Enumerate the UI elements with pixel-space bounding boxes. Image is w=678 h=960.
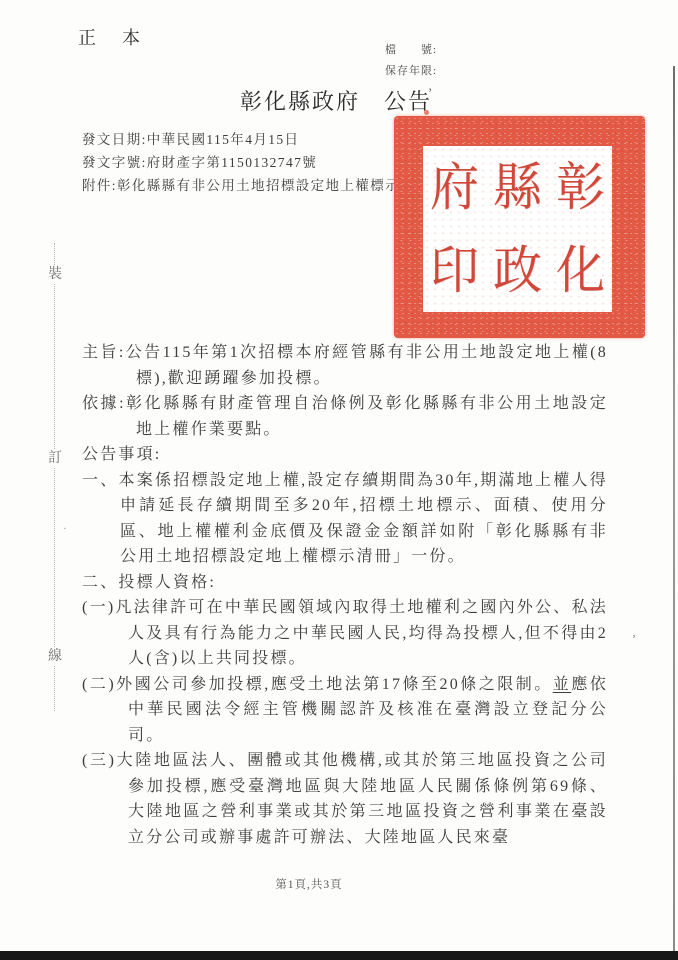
scan-noise-tick: ʼ — [632, 632, 636, 647]
qualification-sub-item-2: (二)外國公司參加投標,應受土地法第17條至20條之限制。並應依中華民國法令經主… — [82, 672, 608, 749]
seal-glyph: 彰 — [549, 144, 612, 232]
scan-noise-tick: ʼ — [428, 85, 432, 101]
announcement-heading: 公告事項: — [82, 442, 608, 468]
basis-label: 依據: — [82, 395, 126, 412]
scan-bottom-edge — [0, 951, 678, 960]
sub-item-1-text: 凡法律許可在中華民國領域內取得土地權利之國內外公、私法人及具有行為能力之中華民國… — [115, 599, 608, 667]
official-seal-face: 府 縣 彰 印 政 化 — [423, 146, 612, 312]
binding-mark-xian: 線 — [45, 648, 65, 666]
basis-text: 彰化縣縣有財產管理自治條例及彰化縣縣有非公用土地設定地上權作業要點。 — [126, 395, 608, 438]
binding-dotted-line — [54, 243, 55, 711]
seal-glyph: 府 — [423, 144, 486, 232]
announcement-item-1: 一、本案係招標設定地上權,設定存續期間為30年,期滿地上權人得申請延長存續期間至… — [82, 468, 608, 570]
subject-paragraph: 主旨:公告115年第1次招標本府經管縣有非公用土地設定地上權(8標),歡迎踴躍參… — [82, 340, 608, 391]
qualification-sub-item-3: (三)大陸地區法人、團體或其他機構,或其於第三地區投資之公司參加投標,應受臺灣地… — [82, 748, 608, 850]
seal-glyph: 印 — [423, 227, 486, 315]
qualification-sub-item-1: (一)凡法律許可在中華民國領域內取得土地權利之國內外公、私法人及具有行為能力之中… — [82, 595, 608, 672]
sub-item-2-text: 外國公司參加投標,應受土地法第17條至20條之限制。 — [116, 676, 553, 693]
document-body: 主旨:公告115年第1次招標本府經管縣有非公用土地設定地上權(8標),歡迎踴躍參… — [82, 340, 608, 850]
item-1-label: 一、 — [82, 472, 119, 489]
announcement-item-2: 二、投標人資格: — [82, 570, 608, 596]
document-meta: 發文日期:中華民國115年4月15日 發文字號:府財產字第1150132747號… — [82, 128, 430, 197]
scan-edge-line — [673, 66, 675, 951]
sub-item-3-label: (三) — [82, 752, 116, 769]
sub-item-2-underlined-text: 並 — [553, 676, 572, 693]
retention-period-label: 保存年限: — [385, 62, 437, 78]
file-number-label: 檔 號: — [385, 41, 437, 57]
seal-ink-speck — [424, 110, 429, 115]
item-1-text: 本案係招標設定地上權,設定存續期間為30年,期滿地上權人得申請延長存續期間至多2… — [119, 472, 608, 566]
subject-label: 主旨: — [82, 344, 126, 361]
scan-noise-dot: · — [63, 521, 67, 536]
binding-mark-zhuang: 裝 — [45, 266, 65, 284]
issue-number-line: 發文字號:府財產字第1150132747號 — [82, 151, 430, 174]
attachment-line: 附件:彰化縣縣有非公用土地招標設定地上權標示清冊 — [82, 174, 430, 197]
sub-item-2-label: (二) — [82, 676, 116, 693]
copy-stamp-label: 正 本 — [78, 24, 144, 50]
subject-text: 公告115年第1次招標本府經管縣有非公用土地設定地上權(8標),歡迎踴躍參加投標… — [126, 344, 608, 387]
seal-glyph: 政 — [486, 227, 549, 315]
basis-paragraph: 依據:彰化縣縣有財產管理自治條例及彰化縣縣有非公用土地設定地上權作業要點。 — [82, 391, 608, 442]
page-number-indicator: 第1頁,共3頁 — [0, 876, 618, 892]
item-2-label: 二、 — [82, 574, 118, 591]
issue-date-line: 發文日期:中華民國115年4月15日 — [82, 128, 430, 151]
scanned-document-page: 正 本 檔 號: 保存年限: 彰化縣政府 公告 發文日期:中華民國115年4月1… — [0, 0, 678, 960]
item-2-text: 投標人資格: — [118, 574, 216, 591]
seal-glyph: 縣 — [486, 144, 549, 232]
official-seal: 府 縣 彰 印 政 化 — [394, 116, 645, 338]
sub-item-3-text: 大陸地區法人、團體或其他機構,或其於第三地區投資之公司參加投標,應受臺灣地區與大… — [116, 752, 608, 846]
sub-item-1-label: (一) — [82, 599, 115, 616]
seal-glyph: 化 — [549, 227, 612, 315]
binding-mark-ding: 訂 — [45, 450, 65, 468]
document-title: 彰化縣政府 公告 — [0, 85, 672, 116]
